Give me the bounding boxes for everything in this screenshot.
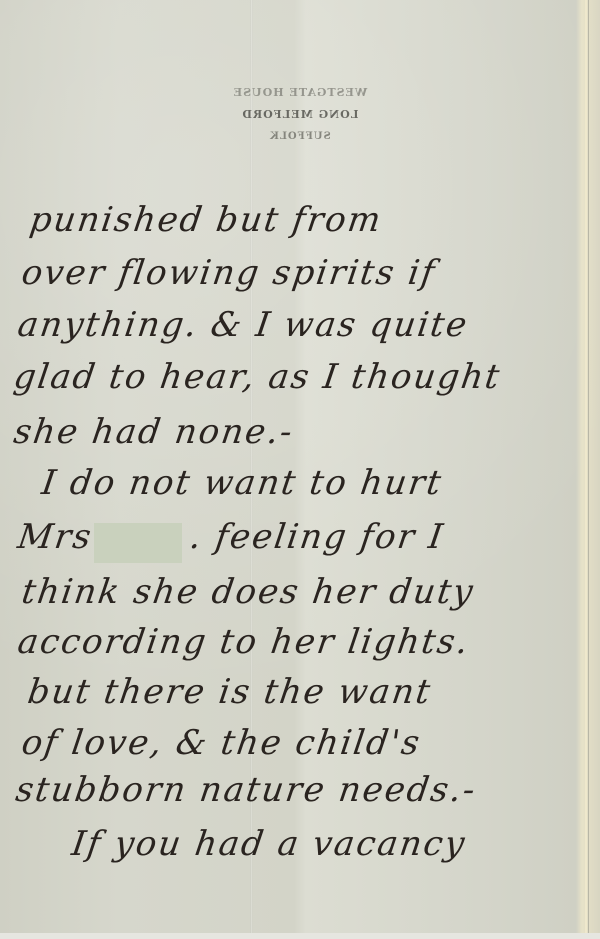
paper-edge <box>585 0 587 939</box>
handwritten-line: over flowing spirits if <box>19 253 438 293</box>
scan-border <box>0 933 600 939</box>
handwritten-line: according to her lights. <box>15 622 472 662</box>
letterhead-line-2: LONG MELFORD <box>200 104 400 126</box>
handwritten-line: punished but from <box>27 200 385 240</box>
handwritten-line: she had none.- <box>11 412 296 452</box>
letterhead-bleedthrough: WESTGATE HOUSE LONG MELFORD SUFFOLK <box>200 82 400 148</box>
handwritten-line: I do not want to hurt <box>39 463 445 503</box>
letterhead-line-1: WESTGATE HOUSE <box>200 82 400 104</box>
letter-page: WESTGATE HOUSE LONG MELFORD SUFFOLK puni… <box>0 0 600 939</box>
handwritten-line: think she does her duty <box>19 572 477 612</box>
letterhead-line-3: SUFFOLK <box>200 126 400 148</box>
handwritten-line: stubborn nature needs.- <box>13 770 479 810</box>
handwritten-line: of love, & the child's <box>19 723 424 763</box>
handwritten-line: but there is the want <box>25 672 434 712</box>
handwritten-line: glad to hear, as I thought <box>11 357 503 397</box>
paper-edge-shadow <box>588 0 589 939</box>
redaction-box <box>94 523 182 563</box>
handwritten-line-prefix: Mrs <box>15 517 95 557</box>
handwritten-line: If you had a vacancy <box>69 824 469 864</box>
handwritten-line-suffix: . feeling for I <box>187 517 447 557</box>
handwritten-line: anything. & I was quite <box>15 305 471 345</box>
